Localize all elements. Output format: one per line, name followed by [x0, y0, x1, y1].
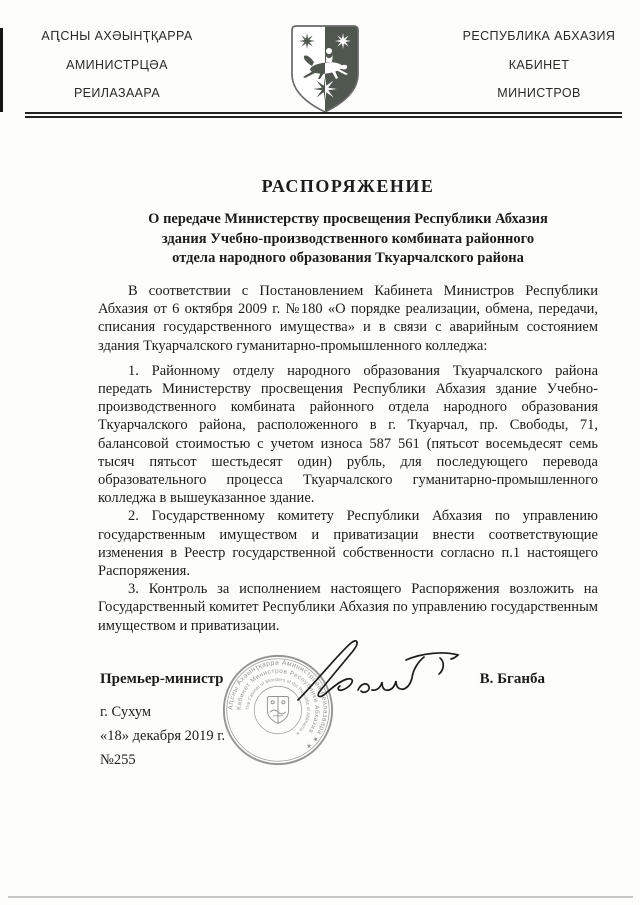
issue-date: «18» декабря 2019 г.: [100, 728, 225, 745]
document-number: №255: [100, 752, 136, 769]
document-text: В соответствии с Постановлением Кабинета…: [98, 282, 598, 635]
org-name-abkhazian: АԤСНЫ АХӘЫНҬҚАРРА АМИНИСТРЦӘА РЕИЛАЗААРА: [28, 22, 206, 108]
signatory-post: Премьер-министр: [100, 671, 224, 688]
handwritten-signature: [288, 638, 466, 708]
org-line: АԤСНЫ АХӘЫНҬҚАРРА: [28, 22, 206, 51]
stamp-center-shield: [267, 696, 288, 723]
org-line: РЕСПУБЛИКА АБХАЗИЯ: [448, 22, 630, 51]
signatory-name: В. Бганба: [480, 671, 545, 688]
paragraph-item-2: 2. Государственному комитету Республики …: [98, 507, 598, 580]
org-line: КАБИНЕТ: [448, 51, 630, 80]
org-line: МИНИСТРОВ: [448, 79, 630, 108]
coat-of-arms-of-abkhazia-icon: [288, 24, 362, 114]
org-name-russian: РЕСПУБЛИКА АБХАЗИЯ КАБИНЕТ МИНИСТРОВ: [448, 22, 630, 108]
scan-artifact-left-edge: [0, 28, 3, 112]
letterhead-double-rule: [25, 112, 622, 118]
subject-line: О передаче Министерству просвещения Респ…: [98, 210, 598, 230]
org-line: РЕИЛАЗААРА: [28, 79, 206, 108]
paragraph-item-3: 3. Контроль за исполнением настоящего Ра…: [98, 580, 598, 635]
org-line: АМИНИСТРЦӘА: [28, 51, 206, 80]
document-subject: О передаче Министерству просвещения Респ…: [98, 210, 598, 269]
subject-line: здания Учебно-производственного комбинат…: [98, 230, 598, 250]
paragraph-item-1: 1. Районному отделу народного образовани…: [98, 362, 598, 508]
subject-line: отдела народного образования Ткуарчалско…: [98, 249, 598, 269]
issue-city: г. Сухум: [100, 704, 151, 721]
scan-artifact-bottom-edge: [8, 896, 633, 898]
document-title: РАСПОРЯЖЕНИЕ: [98, 176, 598, 197]
paragraph-preamble: В соответствии с Постановлением Кабинета…: [98, 282, 598, 355]
